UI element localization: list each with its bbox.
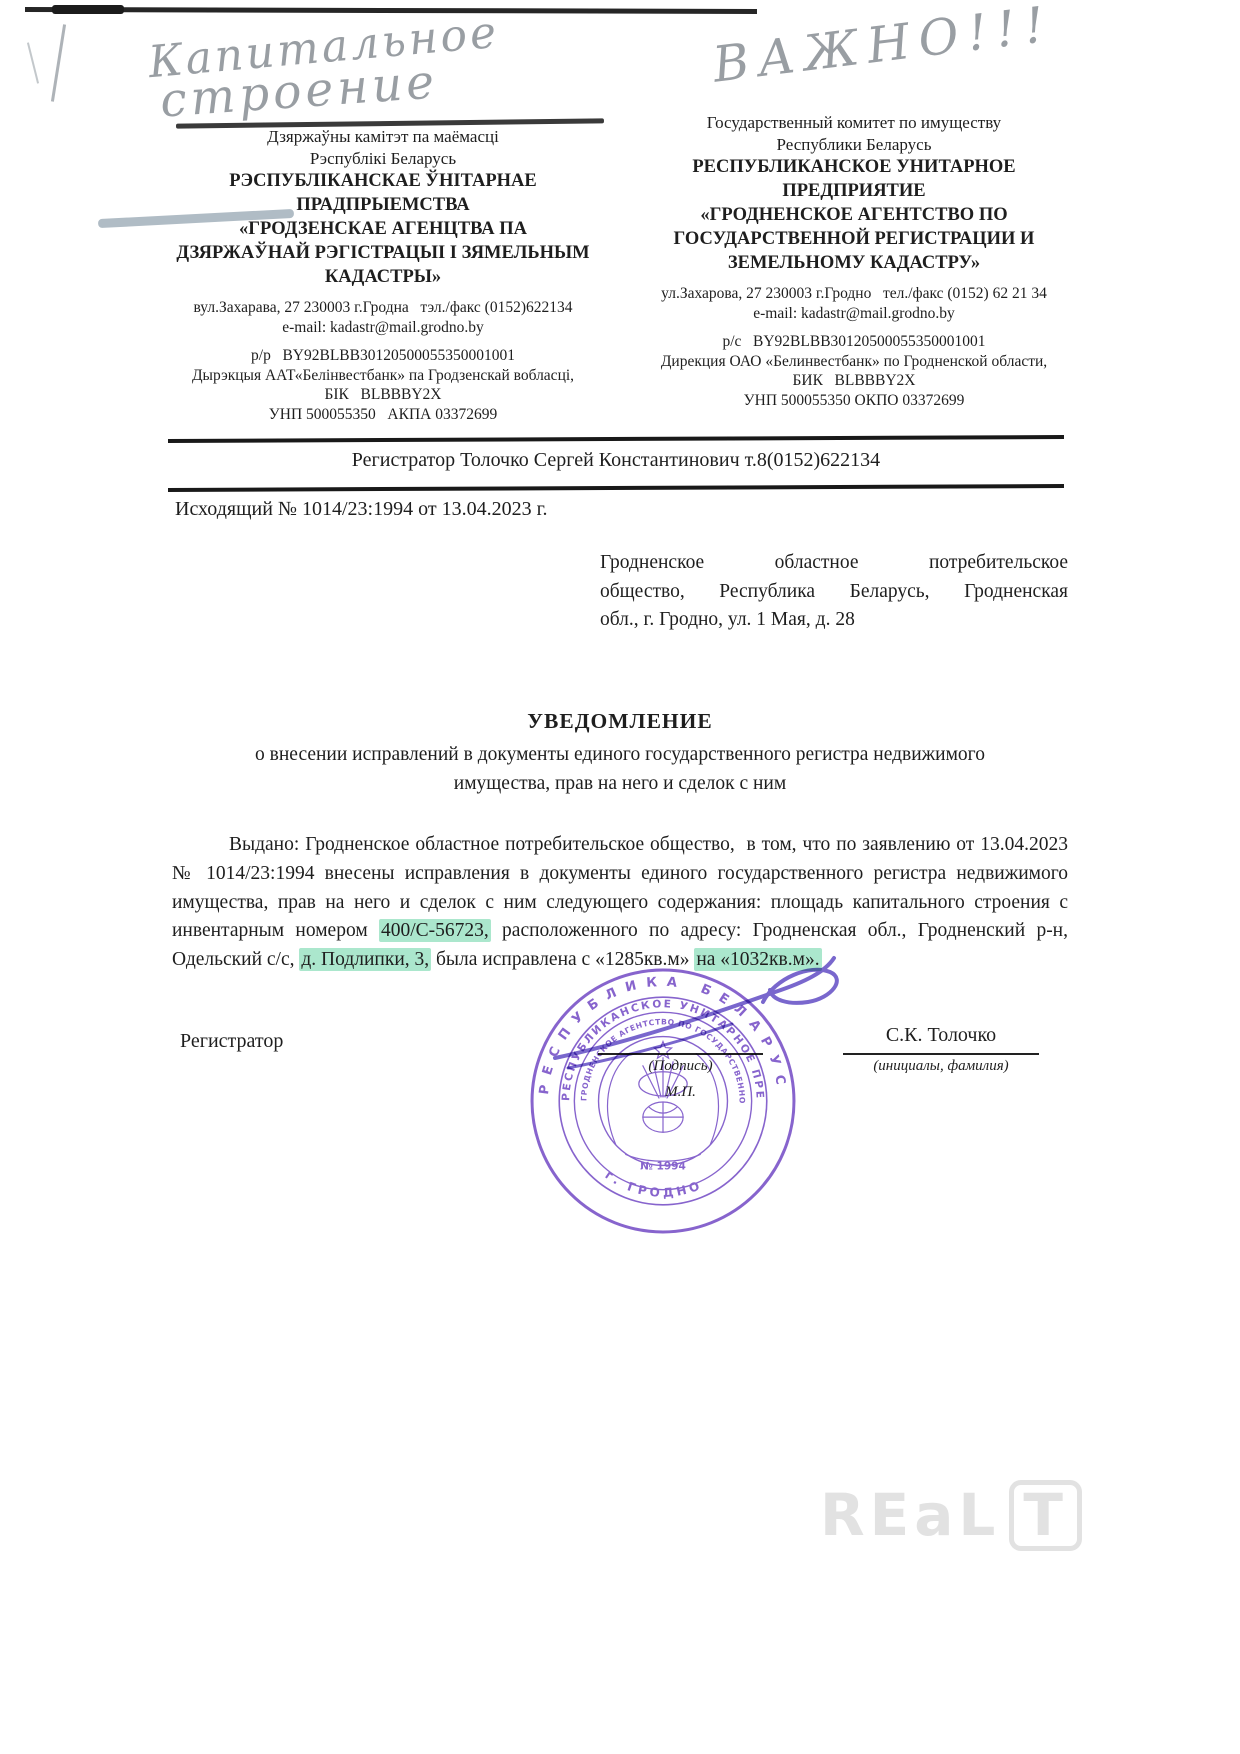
- registrar-banner: Регистратор Толочко Сергей Константинови…: [168, 449, 1064, 472]
- text-line: р/с BY92BLBB30120500055350001001: [634, 332, 1074, 352]
- text-line: ПРЕДПРИЯТИЕ: [634, 179, 1074, 203]
- watermark-text: REaL: [820, 1481, 1000, 1549]
- text-line: Государственный комитет по имуществу: [634, 112, 1074, 134]
- text-line: ГОСУДАРСТВЕННОЙ РЕГИСТРАЦИИ И: [634, 227, 1074, 251]
- text-line: Рэспублікі Беларусь: [163, 148, 603, 170]
- text-line: вул.Захарава, 27 230003 г.Гродна тэл./фа…: [163, 298, 603, 318]
- text-line: р/р BY92BLBB30120500055350001001: [163, 346, 603, 366]
- text-line: ДЗЯРЖАЎНАЙ РЭГІСТРАЦЫІ І ЗЯМЕЛЬНЫМ: [163, 241, 603, 265]
- handwritten-signature: [520, 930, 880, 1090]
- notice-title: УВЕДОМЛЕНИЕ: [170, 709, 1070, 734]
- pencil-mark: [51, 24, 66, 102]
- text-line: Гродненское областное потребительское: [600, 549, 1068, 578]
- handwritten-note-important: ВАЖНО!!!: [710, 0, 1057, 94]
- highlighted-text: 400/С-56723,: [379, 919, 491, 942]
- letterhead-belarusian: Дзяржаўны камітэт па маёмасціРэспублікі …: [163, 126, 603, 424]
- scan-artifact-blob: [52, 5, 124, 14]
- text-line: «ГРОДНЕНСКОЕ АГЕНТСТВО ПО: [634, 203, 1074, 227]
- registrar-label: Регистратор: [180, 1030, 283, 1053]
- text-line: Республики Беларусь: [634, 134, 1074, 156]
- text-line: Дирекция ОАО «Белинвестбанк» по Гродненс…: [634, 352, 1074, 372]
- text-line: обл., г. Гродно, ул. 1 Мая, д. 28: [600, 606, 1068, 635]
- realt-watermark: REaLT: [820, 1480, 1082, 1551]
- text-line: e-mail: kadastr@mail.grodno.by: [634, 304, 1074, 324]
- outgoing-number: Исходящий № 1014/23:1994 от 13.04.2023 г…: [175, 498, 548, 521]
- scan-artifact-top-line: [25, 7, 757, 14]
- text-line: общество, Республика Беларусь, Гродненск…: [600, 578, 1068, 607]
- text-line: РЭСПУБЛІКАНСКАЕ ЎНІТАРНАЕ: [163, 169, 603, 193]
- watermark-boxed-letter: T: [1009, 1480, 1082, 1551]
- text-line: ул.Захарова, 27 230003 г.Гродно тел./фак…: [634, 284, 1074, 304]
- divider-line-top: [168, 435, 1064, 443]
- text-line: УНП 500055350 ОКПО 03372699: [634, 391, 1074, 411]
- text-line: ЗЕМЕЛЬНОМУ КАДАСТРУ»: [634, 251, 1074, 275]
- letterhead-russian: Государственный комитет по имуществуРесп…: [634, 112, 1074, 410]
- text-line: Дырэкцыя ААТ«Белінвестбанк» па Гродзенск…: [163, 366, 603, 386]
- highlighted-text: д. Подлипки, 3,: [299, 948, 431, 971]
- stamp-number-text: № 1994: [640, 1161, 686, 1173]
- text-line: КАДАСТРЫ»: [163, 265, 603, 289]
- text-line: ПРАДПРЫЕМСТВА: [163, 193, 603, 217]
- pencil-mark: [27, 42, 39, 83]
- text-line: e-mail: kadastr@mail.grodno.by: [163, 318, 603, 338]
- text-line: «ГРОДЗЕНСКАЕ АГЕНЦТВА ПА: [163, 217, 603, 241]
- text-line: Дзяржаўны камітэт па маёмасці: [163, 126, 603, 148]
- text-line: РЕСПУБЛИКАНСКОЕ УНИТАРНОЕ: [634, 155, 1074, 179]
- divider-line-bottom: [168, 484, 1064, 492]
- scanned-document-page: Капитальное строение ВАЖНО!!! Дзяржаўны …: [0, 0, 1240, 1754]
- text-line: БИК BLBBBY2X: [634, 371, 1074, 391]
- recipient-address: Гродненское областное потребительскоеобщ…: [600, 549, 1068, 635]
- text-line: УНП 500055350 АКПА 03372699: [163, 405, 603, 425]
- notice-subtitle: о внесении исправлений в документы едино…: [220, 741, 1020, 798]
- text-line: БІК BLBBBY2X: [163, 385, 603, 405]
